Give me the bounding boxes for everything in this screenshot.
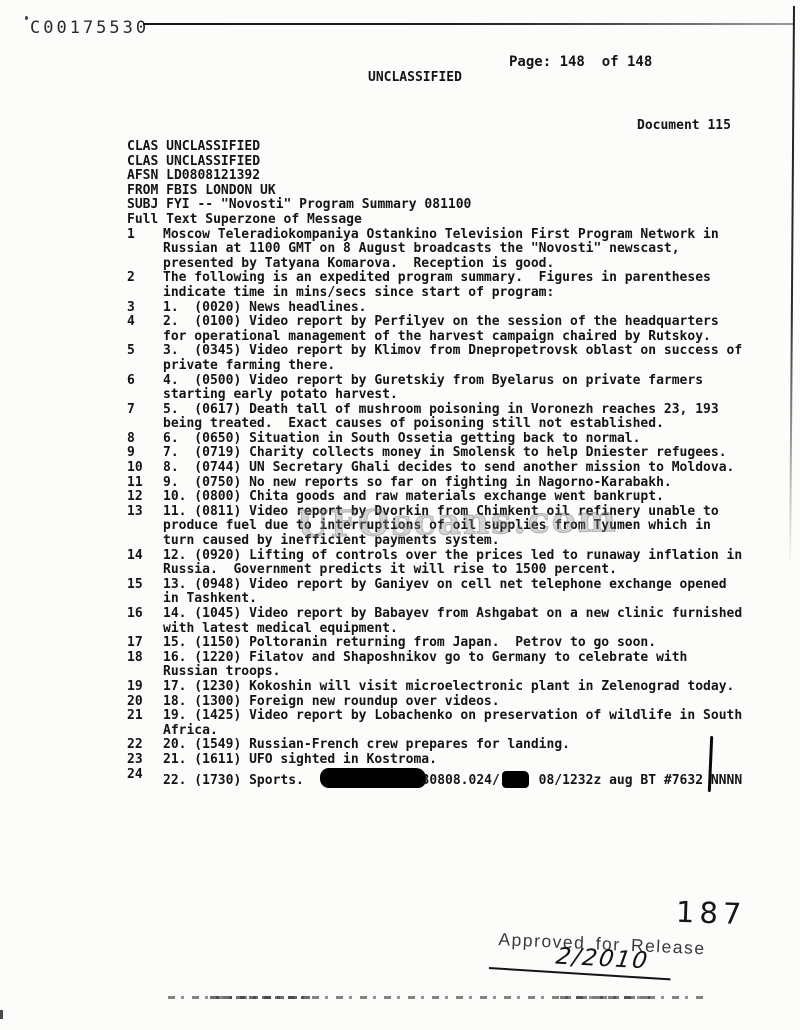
paragraph-number: 20 <box>127 695 163 710</box>
paragraph-text: 16. (1220) Filatov and Shaposhnikov go t… <box>163 651 687 680</box>
top-scan-line <box>143 23 795 25</box>
paragraph-number: 14 <box>127 549 163 578</box>
paragraph-row: 2220. (1549) Russian-French crew prepare… <box>127 738 767 753</box>
header-line: SUBJ FYI -- "Novosti" Program Summary 08… <box>127 198 767 213</box>
paragraph-row: 119. (0750) No new reports so far on fig… <box>127 476 767 491</box>
paragraph-text-segment: 22. (1730) Sports. <box>163 773 320 788</box>
paragraph-row: 97. (0719) Charity collects money in Smo… <box>127 446 767 461</box>
document-page: C00175530 Page: 148 of 148 UNCLASSIFIED … <box>0 0 800 1030</box>
paragraph-number: 15 <box>127 578 163 607</box>
paragraph-row: 2The following is an expedited program s… <box>127 271 767 300</box>
document-number: Document 115 <box>637 118 731 133</box>
paragraph-text: 13. (0948) Video report by Ganiyev on ce… <box>163 578 727 607</box>
message-body: CLAS UNCLASSIFIEDCLAS UNCLASSIFIEDAFSN L… <box>127 140 767 788</box>
page-number-label: Page: 148 of 148 <box>509 54 652 70</box>
paragraph-row: 1917. (1230) Kokoshin will visit microel… <box>127 680 767 695</box>
bottom-scan-dashes-dark <box>560 996 650 999</box>
paragraph-text: 3. (0345) Video report by Klimov from Dn… <box>163 344 742 373</box>
paragraph-text: 22. (1730) Sports. 30808.024/ 08/1232z a… <box>163 768 742 789</box>
paragraph-number: 1 <box>127 228 163 272</box>
paragraph-row: 1816. (1220) Filatov and Shaposhnikov go… <box>127 651 767 680</box>
paragraph-row: 1513. (0948) Video report by Ganiyev on … <box>127 578 767 607</box>
header-line: CLAS UNCLASSIFIED <box>127 155 767 170</box>
paragraph-text: 20. (1549) Russian-French crew prepares … <box>163 738 570 753</box>
watermark-text: UFOscans.com <box>297 498 619 546</box>
paragraph-row: 1614. (1045) Video report by Babayev fro… <box>127 607 767 636</box>
paragraph-row: 42. (0100) Video report by Perfilyev on … <box>127 315 767 344</box>
paragraph-number: 12 <box>127 490 163 505</box>
paragraph-number: 6 <box>127 374 163 403</box>
paragraph-text: 6. (0650) Situation in South Ossetia get… <box>163 432 640 447</box>
paragraph-row: 1715. (1150) Poltoranin returning from J… <box>127 636 767 651</box>
paragraph-text: The following is an expedited program su… <box>163 271 711 300</box>
paragraph-number: 2 <box>127 271 163 300</box>
header-line: FROM FBIS LONDON UK <box>127 184 767 199</box>
paragraph-number: 19 <box>127 680 163 695</box>
paragraph-row: 31. (0020) News headlines. <box>127 301 767 316</box>
paragraph-text: 2. (0100) Video report by Perfilyev on t… <box>163 315 719 344</box>
paragraph-text: 17. (1230) Kokoshin will visit microelec… <box>163 680 734 695</box>
redaction-bar <box>502 771 529 788</box>
document-id: C00175530 <box>30 18 149 38</box>
bottom-scan-dashes-dark <box>210 996 310 999</box>
paragraph-text: 7. (0719) Charity collects money in Smol… <box>163 446 727 461</box>
paragraph-row: 53. (0345) Video report by Klimov from D… <box>127 344 767 373</box>
paragraph-text-segment: 30808.024/ <box>422 773 500 788</box>
paragraph-row: 64. (0500) Video report by Guretskiy fro… <box>127 374 767 403</box>
paragraph-number: 21 <box>127 709 163 738</box>
paragraph-number: 13 <box>127 505 163 549</box>
handwritten-release-date: 2/2010 <box>554 944 651 975</box>
header-line: CLAS UNCLASSIFIED <box>127 140 767 155</box>
header-line: Full Text Superzone of Message <box>127 213 767 228</box>
paragraph-text: 15. (1150) Poltoranin returning from Jap… <box>163 636 656 651</box>
paragraph-row: 2422. (1730) Sports. 30808.024/ 08/1232z… <box>127 768 767 789</box>
paragraph-row: 2321. (1611) UFO sighted in Kostroma. <box>127 753 767 768</box>
paragraph-text: 21. (1611) UFO sighted in Kostroma. <box>163 753 437 768</box>
paragraph-number: 18 <box>127 651 163 680</box>
paragraph-number: 23 <box>127 753 163 768</box>
paragraph-text: 8. (0744) UN Secretary Ghali decides to … <box>163 461 734 476</box>
paragraph-text: Moscow Teleradiokompaniya Ostankino Tele… <box>163 228 719 272</box>
paragraph-text: 5. (0617) Death tall of mushroom poisoni… <box>163 403 719 432</box>
redaction-bar <box>320 768 426 788</box>
paragraph-number: 22 <box>127 738 163 753</box>
paragraph-row: 2119. (1425) Video report by Lobachenko … <box>127 709 767 738</box>
paragraph-text: 1. (0020) News headlines. <box>163 301 367 316</box>
paragraph-number: 24 <box>127 768 163 789</box>
paragraph-text: 14. (1045) Video report by Babayev from … <box>163 607 742 636</box>
right-edge-scan-line <box>789 6 795 566</box>
paragraph-number: 10 <box>127 461 163 476</box>
paragraph-text: 9. (0750) No new reports so far on fight… <box>163 476 672 491</box>
classification-banner: UNCLASSIFIED <box>368 70 462 85</box>
paragraph-number: 17 <box>127 636 163 651</box>
handwritten-page-number: 187 <box>675 895 747 931</box>
left-edge-scan-mark <box>0 1010 3 1019</box>
paragraph-number: 8 <box>127 432 163 447</box>
paragraph-row: 1Moscow Teleradiokompaniya Ostankino Tel… <box>127 228 767 272</box>
paragraph-number: 9 <box>127 446 163 461</box>
paragraph-row: 75. (0617) Death tall of mushroom poison… <box>127 403 767 432</box>
paragraph-text: 4. (0500) Video report by Guretskiy from… <box>163 374 703 403</box>
paragraph-row: 86. (0650) Situation in South Ossetia ge… <box>127 432 767 447</box>
paragraph-number: 16 <box>127 607 163 636</box>
paragraph-row: 1412. (0920) Lifting of controls over th… <box>127 549 767 578</box>
paragraph-text: 19. (1425) Video report by Lobachenko on… <box>163 709 742 738</box>
header-line: AFSN LD0808121392 <box>127 169 767 184</box>
paragraph-row: 108. (0744) UN Secretary Ghali decides t… <box>127 461 767 476</box>
scan-speck <box>25 16 28 20</box>
paragraph-text: 18. (1300) Foreign new roundup over vide… <box>163 695 500 710</box>
paragraph-text: 12. (0920) Lifting of controls over the … <box>163 549 742 578</box>
paragraph-number: 11 <box>127 476 163 491</box>
paragraph-row: 2018. (1300) Foreign new roundup over vi… <box>127 695 767 710</box>
paragraph-number: 3 <box>127 301 163 316</box>
paragraph-number: 7 <box>127 403 163 432</box>
paragraph-number: 4 <box>127 315 163 344</box>
paragraph-number: 5 <box>127 344 163 373</box>
